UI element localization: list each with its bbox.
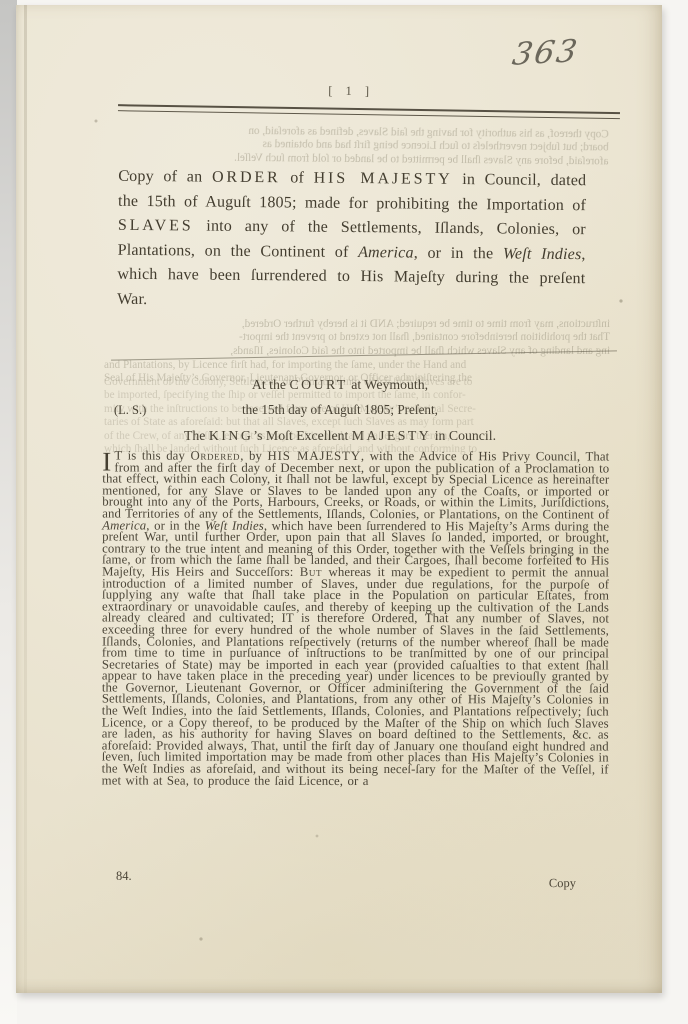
text-run: in Council.: [431, 428, 496, 443]
order-body: IT is this day Ordered, by HIS MAJESTY, …: [102, 450, 610, 787]
court-heading: At the COURT at Weymouth, (L. S.) the 15…: [102, 377, 578, 444]
header-rule: [118, 104, 620, 119]
text-run: whereas it may be expedient to permit th…: [102, 565, 609, 788]
document-page: 363 [ 1 ] Copy thereof, as his authority…: [16, 5, 662, 993]
text-run: KING: [209, 428, 253, 443]
order-body-text: T is this day Ordered, by HIS MAJESTY, w…: [102, 448, 610, 787]
text-run: Weſt Indies: [503, 245, 582, 263]
text-run: Copy of an: [118, 168, 212, 186]
text-run: HIS MAJESTY: [314, 170, 453, 188]
text-run: ’s Moſt Excellent: [253, 428, 351, 443]
bleedthrough-line: and Plantations, by Licence firſt had, f…: [104, 359, 610, 372]
text-run: the 15th day of Auguſt 1805; Preſent,: [242, 402, 438, 417]
text-run: MAJESTY: [352, 428, 431, 443]
court-line-3: The KING’s Moſt Excellent MAJESTY in Cou…: [102, 428, 578, 444]
text-run: SLAVES: [118, 217, 194, 235]
text-run: America: [358, 244, 414, 262]
bleedthrough-line: inſtructions, may from time to time be r…: [104, 318, 610, 331]
text-run: The: [184, 428, 209, 443]
text-run: At the: [252, 377, 290, 392]
page-number: [ 1 ]: [101, 82, 601, 102]
seal-mark: (L. S.): [114, 403, 146, 418]
text-run: , or in the: [414, 244, 503, 262]
drop-cap: I: [102, 450, 114, 472]
text-run: ORDER: [212, 169, 281, 187]
court-line-2: the 15th day of Auguſt 1805; Preſent,: [242, 402, 438, 417]
page-content: [ 1 ] Copy thereof, as his authority for…: [16, 5, 662, 993]
text-run: COURT: [289, 377, 347, 392]
scanned-page-background: { "colors":{"paper":"#ece6d4","ink":"#4a…: [0, 0, 688, 1024]
bleedthrough-line: That the prohibition hereinbefore contai…: [104, 331, 610, 344]
bleedthrough-text-top: Copy thereof, as his authority for havin…: [102, 124, 608, 169]
court-line-2-row: (L. S.) the 15th day of Auguſt 1805; Pre…: [102, 402, 578, 418]
text-run: , with the Advice of His Privy Council, …: [102, 449, 609, 521]
court-line-1: At the COURT at Weymouth,: [102, 377, 578, 393]
text-run: at Weymouth,: [348, 377, 428, 392]
text-run: of: [281, 169, 314, 186]
order-title: Copy of an ORDER of HIS MAJESTY in Counc…: [117, 165, 586, 317]
